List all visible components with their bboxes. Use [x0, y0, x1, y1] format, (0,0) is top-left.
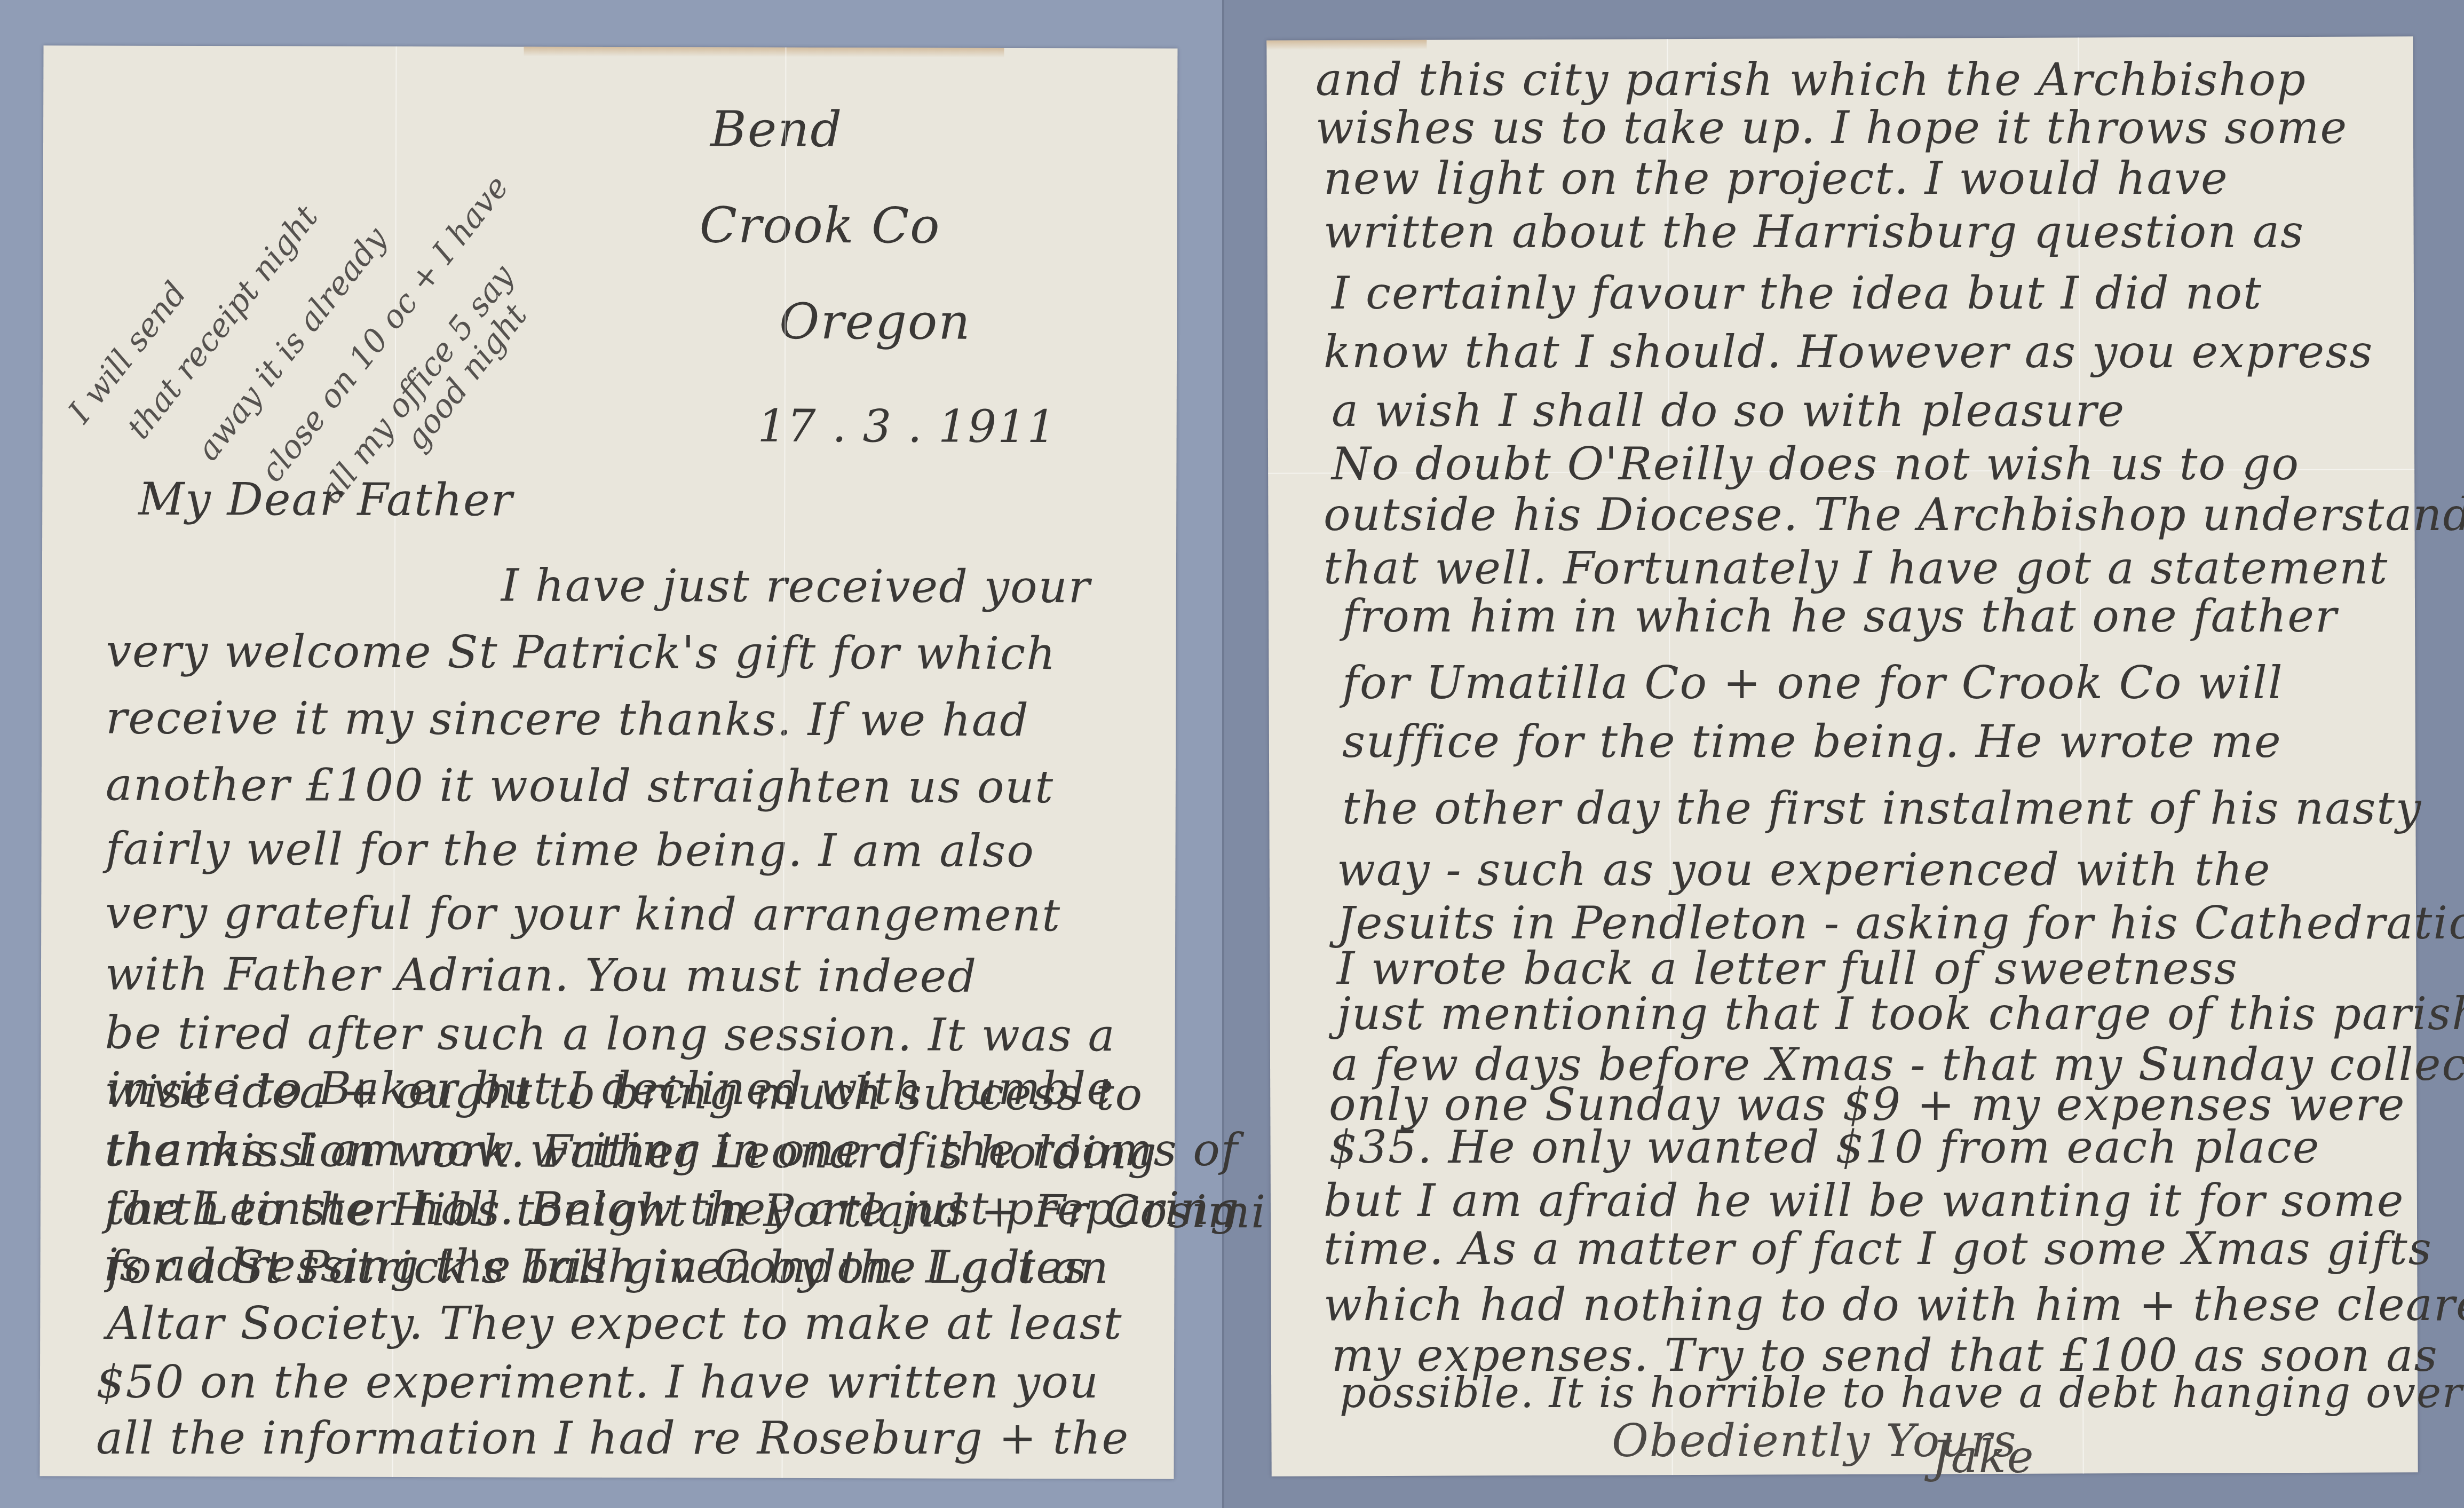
body-line: time. As a matter of fact I got some Xma… — [1324, 1222, 2433, 1275]
body-line: with Father Adrian. You must indeed — [105, 948, 977, 1002]
body-line: which had nothing to do with him + these… — [1324, 1278, 2464, 1331]
body-line: wishes us to take up. I hope it throws s… — [1316, 101, 2348, 154]
body-line: know that I should. However as you expre… — [1324, 326, 2373, 378]
body-line: the Leinster hall. Below they are just p… — [107, 1182, 1240, 1235]
paper-stain — [1266, 40, 1427, 50]
body-line: I certainly favour the idea but I did no… — [1332, 267, 2262, 319]
body-line: from him in which he says that one fathe… — [1342, 590, 2338, 642]
body-line: written about the Harrisburg question as — [1324, 206, 2304, 258]
body-line: $50 on the experiment. I have written yo… — [96, 1356, 1099, 1408]
body-line: another £100 it would straighten us out — [106, 759, 1055, 814]
signature: Jake — [1932, 1431, 2034, 1483]
body-line: and this city parish which the Archbisho… — [1316, 53, 2307, 106]
body-line: new light on the project. I would have — [1324, 152, 2229, 204]
body-line: No doubt O'Reilly does not wish us to go — [1332, 438, 2300, 490]
photo-seam — [1222, 0, 1224, 1508]
body-line: fairly well for the time being. I am als… — [105, 823, 1035, 878]
body-line: Jesuits in Pendleton - asking for his Ca… — [1337, 897, 2464, 949]
body-line: invite to Baker but I declined with humb… — [107, 1062, 1114, 1115]
body-line: but I am afraid he will be wanting it fo… — [1324, 1174, 2404, 1227]
body-line: way - such as you experienced with the — [1337, 843, 2271, 896]
body-line: I wrote back a letter full of sweetness — [1337, 942, 2238, 994]
body-line: all the information I had re Roseburg + … — [96, 1412, 1129, 1464]
body-line: be tired after such a long session. It w… — [105, 1007, 1116, 1062]
body-line: the other day the first instalment of hi… — [1342, 782, 2422, 834]
address-line: Bend — [710, 100, 843, 158]
body-line: a wish I shall do so with pleasure — [1332, 384, 2125, 437]
body-line: Altar Society. They expect to make at le… — [107, 1297, 1123, 1349]
address-line: Crook Co — [699, 196, 940, 254]
address-line: Oregon — [779, 293, 971, 351]
paper-stain — [524, 47, 1004, 58]
body-line: just mentioning that I took charge of th… — [1337, 988, 2464, 1040]
body-line: possible. It is horrible to have a debt … — [1340, 1369, 2464, 1417]
body-line: suffice for the time being. He wrote me — [1342, 715, 2282, 768]
body-line: $35. He only wanted $10 from each place — [1329, 1121, 2320, 1173]
body-line: for a St Patrick's ball given by the Lad… — [107, 1241, 1088, 1293]
body-line: I have just received your — [501, 559, 1091, 613]
salutation: My Dear Father — [138, 473, 513, 526]
letter-date: 17 . 3 . 1911 — [758, 400, 1057, 453]
body-line: outside his Diocese. The Archbishop unde… — [1324, 488, 2464, 541]
body-line: very grateful for your kind arrangement — [105, 887, 1061, 942]
body-line: receive it my sincere thanks. If we had — [106, 692, 1029, 747]
body-line: very welcome St Patrick's gift for which — [106, 625, 1056, 680]
body-line: that well. Fortunately I have got a stat… — [1324, 542, 2388, 594]
body-line: thanks. I am now writing in one of the r… — [107, 1124, 1239, 1176]
body-line: for Umatilla Co + one for Crook Co will — [1342, 657, 2284, 709]
